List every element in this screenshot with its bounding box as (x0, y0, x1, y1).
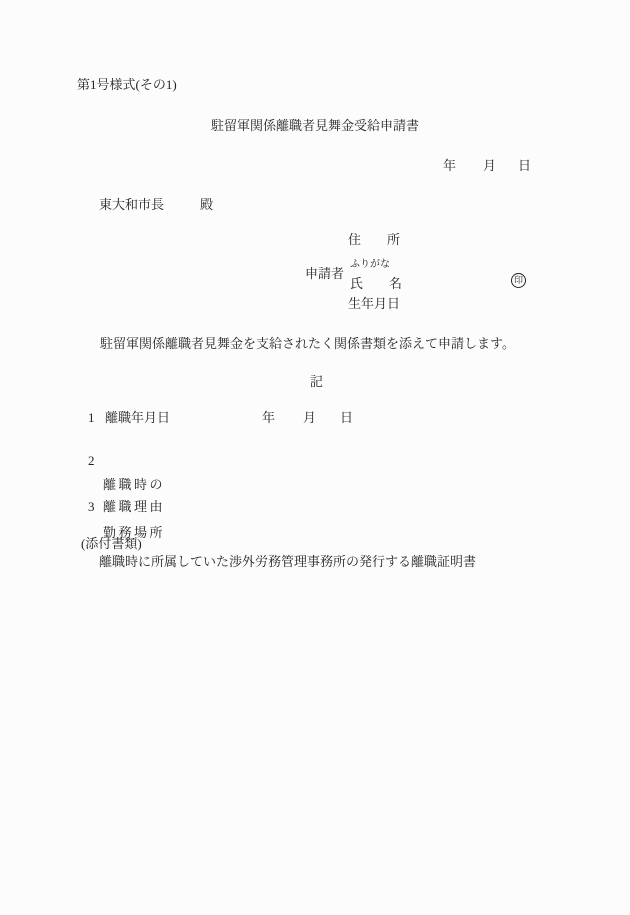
form-number: 第1号様式(その1) (77, 77, 177, 93)
item-2-label-line-1: 離職時の (103, 477, 165, 493)
applicant-label: 申請者 (305, 266, 344, 282)
item-1-month-label: 月 (303, 410, 316, 426)
applicant-name-label: 氏 名 (350, 276, 402, 292)
attachments-item: 離職時に所属していた渉外労務管理事務所の発行する離職証明書 (99, 554, 476, 570)
applicant-address-label: 住 所 (348, 232, 400, 248)
applicant-furigana-label: ふりがな (350, 259, 390, 271)
date-day-label: 日 (518, 158, 531, 174)
item-2-number: 2 (88, 453, 95, 469)
item-1-day-label: 日 (340, 410, 353, 426)
record-heading: 記 (310, 374, 323, 390)
addressee-name: 東大和市長 (99, 197, 164, 213)
applicant-birthdate-label: 生年月日 (348, 296, 400, 312)
item-3-number: 3 (88, 499, 95, 515)
date-year-label: 年 (443, 158, 456, 174)
addressee-honorific: 殿 (200, 197, 213, 213)
application-form-page: 第1号様式(その1) 駐留軍関係離職者見舞金受給申請書 年 月 日 東大和市長 … (0, 0, 630, 915)
item-3-label: 離職理由 (103, 499, 165, 515)
attachments-heading: (添付書類) (81, 536, 142, 552)
seal-icon: 印 (511, 273, 526, 288)
date-month-label: 月 (483, 158, 496, 174)
document-title: 駐留軍関係離職者見舞金受給申請書 (0, 118, 630, 134)
application-statement: 駐留軍関係離職者見舞金を支給されたく関係書類を添えて申請します。 (100, 336, 515, 352)
item-1-number: 1 (88, 410, 95, 426)
seal-text: 印 (514, 276, 523, 285)
item-1-year-label: 年 (262, 410, 275, 426)
item-1-label: 離職年月日 (105, 410, 170, 426)
